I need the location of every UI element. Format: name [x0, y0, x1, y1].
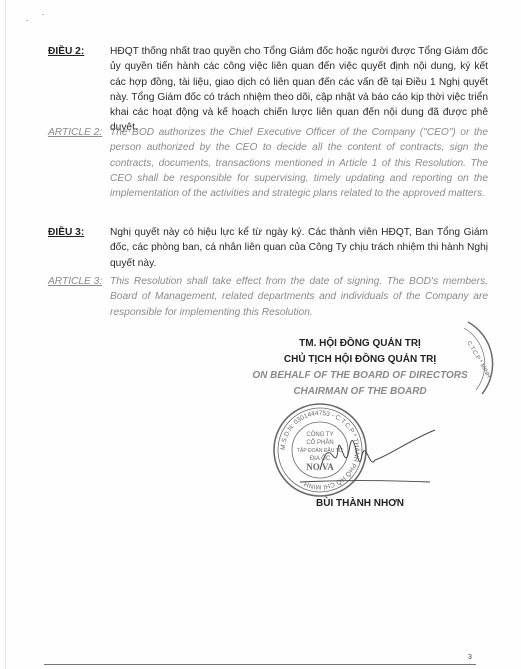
article-2-vi-label: ĐIỀU 2: — [48, 44, 84, 59]
article-3-vi-label: ĐIỀU 3: — [48, 225, 84, 240]
scan-speck — [42, 14, 44, 15]
article-3-en: ARTICLE 3: This Resolution shall take ef… — [48, 274, 488, 320]
scan-speck — [26, 20, 28, 21]
article-2-en-text: The BOD authorizes the Chief Executive O… — [110, 125, 488, 201]
article-3-vi: ĐIỀU 3: Nghị quyết này có hiệu lực kể từ… — [48, 225, 488, 271]
signature-vi-line1: TM. HỘI ĐỒNG QUẢN TRỊ — [250, 336, 470, 352]
signature-en-line1: ON BEHALF OF THE BOARD OF DIRECTORS — [250, 368, 470, 384]
signature-en-line2: CHAIRMAN OF THE BOARD — [250, 384, 470, 400]
scan-edge — [5, 0, 6, 669]
signature-vi-line2: CHỦ TỊCH HỘI ĐỒNG QUẢN TRỊ — [250, 352, 470, 368]
signature-icon — [300, 410, 440, 490]
article-3-vi-text: Nghị quyết này có hiệu lực kể từ ngày ký… — [110, 225, 488, 271]
article-2-en-label: ARTICLE 2: — [48, 125, 102, 140]
article-2-vi: ĐIỀU 2: HĐQT thống nhất trao quyền cho T… — [48, 44, 488, 136]
partial-seal-icon: C.T.C.P * MINH — [458, 318, 518, 398]
article-2-en: ARTICLE 2: The BOD authorizes the Chief … — [48, 125, 488, 201]
footer-divider — [44, 664, 476, 665]
page-number: 3 — [468, 654, 472, 661]
article-3-en-text: This Resolution shall take effect from t… — [110, 274, 488, 320]
document-page: ĐIỀU 2: HĐQT thống nhất trao quyền cho T… — [0, 0, 521, 669]
signature-heading: TM. HỘI ĐỒNG QUẢN TRỊ CHỦ TỊCH HỘI ĐỒNG … — [250, 336, 470, 400]
signer-name: BÙI THÀNH NHƠN — [250, 498, 470, 509]
article-2-vi-text: HĐQT thống nhất trao quyền cho Tổng Giám… — [110, 44, 488, 136]
article-3-en-label: ARTICLE 3: — [48, 274, 102, 289]
partial-seal-text: C.T.C.P * MINH — [465, 340, 491, 379]
